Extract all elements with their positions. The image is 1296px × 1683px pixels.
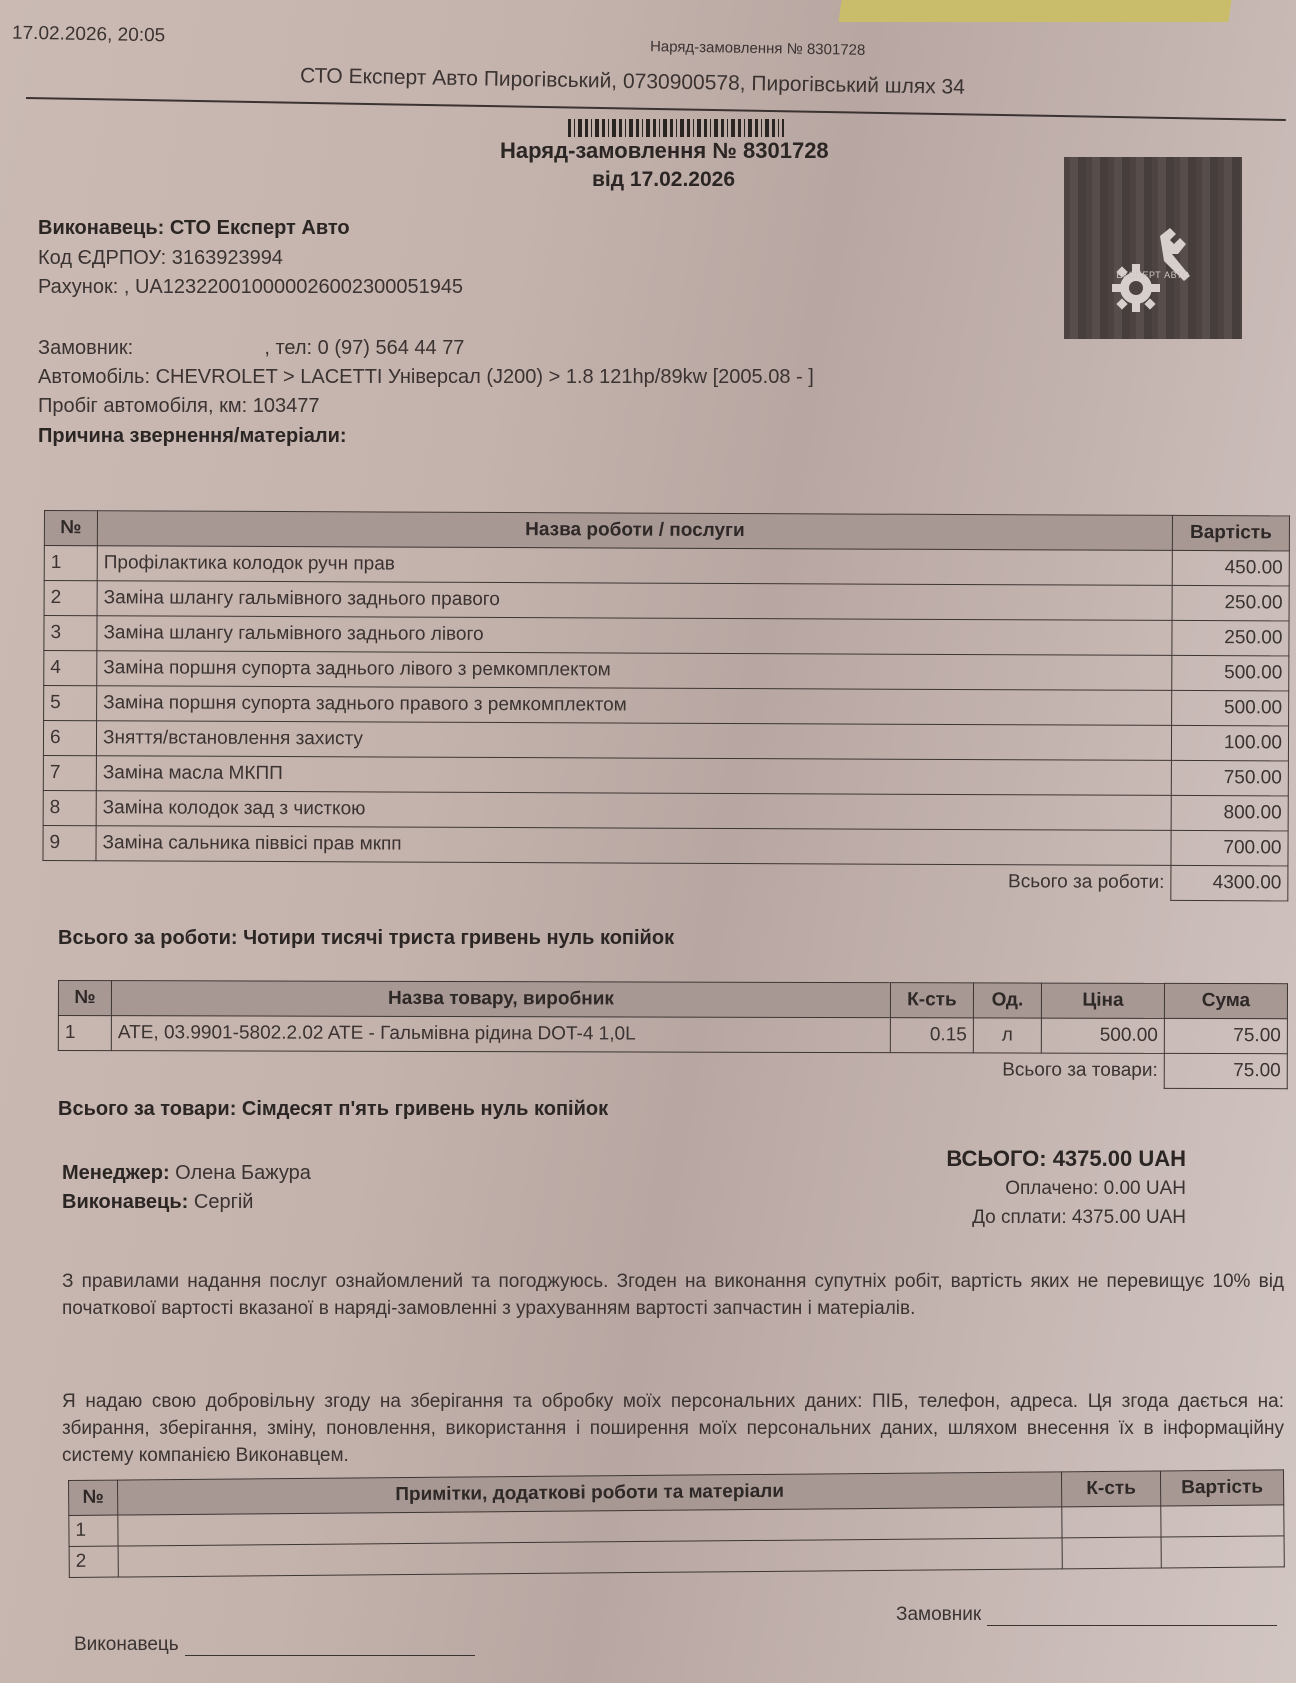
manager-line: Менеджер: Олена Бажура [62, 1162, 311, 1185]
car-line: Автомобіль: CHEVROLET > LACETTI Універса… [38, 366, 814, 389]
mileage-line: Пробіг автомобіля, км: 103477 [38, 395, 320, 418]
work-cost: 100.00 [1171, 725, 1288, 761]
goods-total-label: Всього за товари: [111, 1051, 1164, 1089]
goods-name: ATE, 03.9901-5802.2.02 ATE - Гальмівна р… [111, 1016, 890, 1053]
header-company-line: СТО Експерт Авто Пирогівський, 073090057… [300, 64, 965, 100]
note-cost [1161, 1536, 1284, 1568]
executor-signature: Виконавець [74, 1634, 475, 1656]
car-value: CHEVROLET > LACETTI Універсал (J200) > 1… [156, 366, 814, 388]
work-cost: 500.00 [1172, 690, 1289, 726]
works-words-label: Всього за роботи: [58, 927, 238, 949]
customer-signature: Замовник [896, 1604, 1277, 1626]
note-qty [1062, 1506, 1161, 1538]
work-name: Заміна поршня супорта заднього правого з… [97, 686, 1172, 726]
contractor-line: Виконавець: СТО Експерт Авто [38, 217, 350, 240]
grand-total: ВСЬОГО: 4375.00 UAH [946, 1146, 1186, 1172]
works-table-row: 3Заміна шлангу гальмівного заднього ліво… [44, 616, 1289, 656]
phone-label: , тел: [264, 337, 312, 359]
row-number: 9 [43, 825, 96, 860]
row-number: 2 [44, 581, 97, 616]
edrpou-value: 3163923994 [172, 247, 283, 269]
row-number: 1 [69, 1515, 118, 1546]
notes-table: № Примітки, додаткові роботи та матеріал… [68, 1469, 1285, 1578]
work-cost: 500.00 [1172, 655, 1289, 691]
manager-name: Олена Бажура [175, 1162, 311, 1184]
work-name: Заміна сальника піввісі прав мкпп [96, 826, 1171, 866]
row-number: 1 [58, 1016, 111, 1051]
goods-col-sum: Сума [1164, 983, 1287, 1018]
work-name: Зняття/встановлення захисту [96, 721, 1171, 761]
notes-col-qty: К-сть [1061, 1471, 1160, 1507]
work-name: Заміна колодок зад з чисткою [96, 791, 1171, 831]
works-total-label: Всього за роботи: [96, 861, 1171, 901]
work-cost: 750.00 [1171, 760, 1288, 796]
goods-total-row: Всього за товари: 75.00 [58, 1051, 1287, 1089]
header-order-ref: Наряд-замовлення № 8301728 [650, 38, 866, 59]
goods-qty: 0.15 [890, 1018, 973, 1053]
work-name: Заміна шлангу гальмівного заднього лівог… [97, 616, 1172, 656]
row-number: 6 [43, 721, 96, 756]
row-number: 8 [43, 790, 96, 825]
goods-col-qty: К-сть [890, 983, 973, 1018]
work-cost: 450.00 [1172, 550, 1289, 586]
account-line: Рахунок: , UA123220010000026002300051945 [38, 276, 463, 299]
work-cost: 800.00 [1171, 795, 1288, 831]
goods-col-unit: Од. [973, 983, 1041, 1018]
car-label: Автомобіль: [38, 366, 150, 388]
works-col-number: № [44, 511, 97, 546]
contractor-label: Виконавець: [38, 217, 164, 239]
works-table: № Назва роботи / послуги Вартість 1Профі… [42, 510, 1290, 901]
row-number: 3 [44, 616, 97, 651]
executor-name: Сергій [194, 1191, 254, 1213]
works-total-row: Всього за роботи: 4300.00 [43, 860, 1288, 900]
goods-table: № Назва товару, виробник К-сть Од. Ціна … [58, 980, 1288, 1089]
manager-label: Менеджер: [62, 1162, 170, 1184]
logo-text: ЕКСПЕРТ АВТО [1116, 270, 1189, 280]
executor-signature-label: Виконавець [74, 1634, 179, 1655]
note-qty [1062, 1537, 1161, 1569]
work-name: Заміна поршня супорта заднього лівого з … [97, 651, 1172, 691]
company-logo: ЕКСПЕРТ АВТО [1064, 157, 1242, 339]
mileage-value: 103477 [253, 395, 320, 417]
works-table-row: 7Заміна масла МКПП750.00 [43, 755, 1288, 795]
document-date: від 17.02.2026 [592, 168, 735, 192]
due-amount: До сплати: 4375.00 UAH [972, 1207, 1186, 1229]
goods-words-value: Сімдесят п'ять гривень нуль копійок [242, 1098, 608, 1120]
works-table-row: 5Заміна поршня супорта заднього правого … [44, 686, 1289, 726]
paid-amount: Оплачено: 0.00 UAH [1005, 1178, 1186, 1200]
works-words-value: Чотири тисячі триста гривень нуль копійо… [243, 927, 674, 949]
goods-sum: 75.00 [1164, 1018, 1287, 1053]
work-order-document: 17.02.2026, 20:05 Наряд-замовлення № 830… [0, 0, 1296, 1683]
goods-col-number: № [58, 981, 111, 1016]
print-timestamp: 17.02.2026, 20:05 [12, 23, 166, 48]
work-name: Заміна шлангу гальмівного заднього право… [97, 581, 1172, 621]
account-value: UA123220010000026002300051945 [135, 276, 463, 298]
works-table-row: 9Заміна сальника піввісі прав мкпп700.00 [43, 825, 1288, 865]
edrpou-label: Код ЄДРПОУ: [38, 247, 166, 269]
edrpou-line: Код ЄДРПОУ: 3163923994 [38, 247, 283, 270]
phone-value: 0 (97) 564 44 77 [318, 337, 465, 359]
executor-label: Виконавець: [62, 1191, 188, 1213]
works-total-words: Всього за роботи: Чотири тисячі триста г… [58, 927, 674, 950]
goods-table-row: 1ATE, 03.9901-5802.2.02 ATE - Гальмівна … [58, 1016, 1287, 1054]
sticky-note [838, 0, 1231, 22]
work-name: Профілактика колодок ручн прав [97, 546, 1172, 586]
works-table-row: 8Заміна колодок зад з чисткою800.00 [43, 790, 1288, 830]
row-number: 5 [44, 686, 97, 721]
customer-signature-label: Замовник [896, 1604, 981, 1625]
row-number: 4 [44, 651, 97, 686]
customer-label: Замовник: [38, 337, 133, 359]
works-table-row: 6Зняття/встановлення захисту100.00 [43, 721, 1288, 761]
contractor-name: СТО Експерт Авто [170, 217, 350, 239]
executor-line: Виконавець: Сергій [62, 1191, 253, 1214]
mileage-label: Пробіг автомобіля, км: [38, 395, 247, 417]
work-cost: 250.00 [1172, 585, 1289, 621]
goods-col-name: Назва товару, виробник [111, 981, 890, 1018]
account-label: Рахунок: , [38, 276, 129, 298]
executor-signature-line[interactable] [185, 1655, 475, 1656]
goods-words-label: Всього за товари: [58, 1098, 236, 1120]
works-col-name: Назва роботи / послуги [97, 511, 1172, 551]
header-divider [26, 97, 1286, 121]
customer-line: Замовник: , тел: 0 (97) 564 44 77 [38, 337, 464, 360]
consent-paragraph: Я надаю свою добровільну згоду на зберіг… [62, 1388, 1284, 1469]
goods-total-words: Всього за товари: Сімдесят п'ять гривень… [58, 1098, 608, 1121]
goods-total-value: 75.00 [1164, 1053, 1287, 1088]
reason-label: Причина звернення/матеріали: [38, 425, 347, 448]
row-number: 7 [43, 755, 96, 790]
works-col-cost: Вартість [1172, 515, 1289, 551]
goods-price: 500.00 [1041, 1018, 1164, 1053]
works-table-row: 2Заміна шлангу гальмівного заднього прав… [44, 581, 1289, 621]
customer-signature-line[interactable] [987, 1625, 1277, 1626]
work-cost: 700.00 [1171, 830, 1288, 866]
works-total-value: 4300.00 [1171, 865, 1288, 901]
note-cost [1161, 1505, 1284, 1537]
notes-col-number: № [69, 1480, 118, 1515]
barcode [568, 119, 784, 137]
goods-unit: л [973, 1018, 1041, 1053]
works-table-row: 1Профілактика колодок ручн прав450.00 [44, 546, 1289, 586]
notes-col-cost: Вартість [1160, 1470, 1283, 1506]
terms-paragraph: З правилами надання послуг ознайомлений … [62, 1268, 1284, 1322]
row-number: 2 [69, 1546, 118, 1577]
document-title: Наряд-замовлення № 8301728 [500, 138, 829, 164]
work-cost: 250.00 [1172, 620, 1289, 656]
work-name: Заміна масла МКПП [96, 756, 1171, 796]
works-table-row: 4Заміна поршня супорта заднього лівого з… [44, 651, 1289, 691]
goods-col-price: Ціна [1041, 983, 1164, 1018]
row-number: 1 [44, 546, 97, 581]
